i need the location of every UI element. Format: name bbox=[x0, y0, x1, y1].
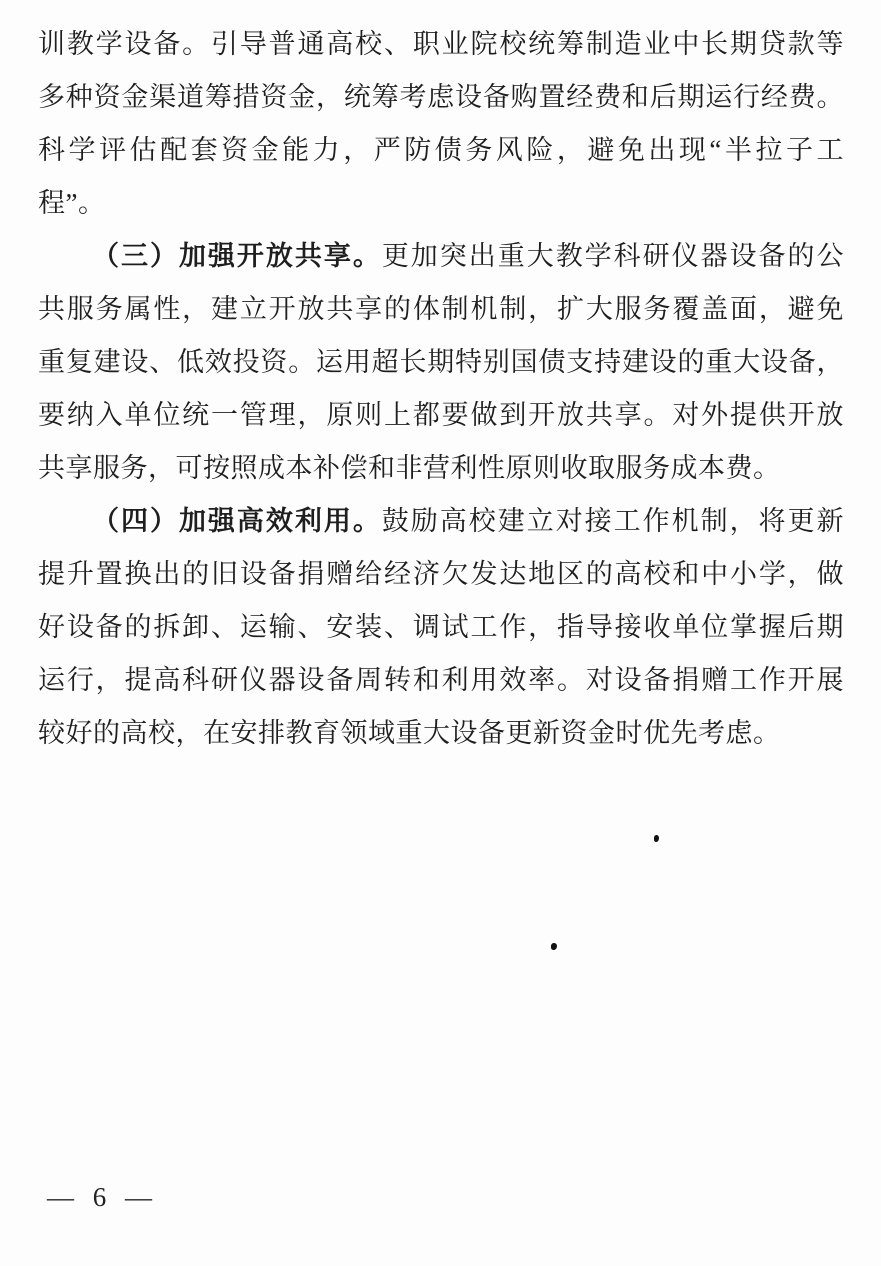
text-line: 科学评估配套资金能力，严防债务风险，避免出现“半拉子工 bbox=[38, 124, 844, 177]
ink-speck bbox=[551, 943, 557, 950]
text-line-content: 多种资金渠道筹措资金，统筹考虑设备购置经费和后期运行经费。 bbox=[38, 82, 844, 112]
text-line: 训教学设备。引导普通高校、职业院校统筹制造业中长期贷款等 bbox=[38, 18, 844, 71]
text-line-content: 训教学设备。引导普通高校、职业院校统筹制造业中长期贷款等 bbox=[38, 29, 844, 59]
text-line: （四）加强高效利用。鼓励高校建立对接工作机制，将更新 bbox=[38, 495, 844, 548]
text-line-content: 运行，提高科研仪器设备周转和利用效率。对设备捐赠工作开展 bbox=[38, 665, 844, 695]
text-line: 要纳入单位统一管理，原则上都要做到开放共享。对外提供开放 bbox=[38, 389, 844, 442]
text-line: 程”。 bbox=[38, 177, 844, 230]
section-heading-four: （四）加强高效利用。 bbox=[92, 506, 382, 536]
text-line: 较好的高校，在安排教育领域重大设备更新资金时优先考虑。 bbox=[38, 707, 844, 760]
text-line: 重复建设、低效投资。运用超长期特别国债支持建设的重大设备， bbox=[38, 336, 844, 389]
text-line: 共享服务，可按照成本补偿和非营利性原则收取服务成本费。 bbox=[38, 442, 844, 495]
text-line: 多种资金渠道筹措资金，统筹考虑设备购置经费和后期运行经费。 bbox=[38, 71, 844, 124]
ink-speck bbox=[654, 835, 659, 842]
text-line-content: 好设备的拆卸、运输、安装、调试工作，指导接收单位掌握后期 bbox=[38, 612, 844, 642]
text-line-content: 提升置换出的旧设备捐赠给经济欠发达地区的高校和中小学，做 bbox=[38, 559, 844, 589]
document-body-text: 训教学设备。引导普通高校、职业院校统筹制造业中长期贷款等 多种资金渠道筹措资金，… bbox=[38, 18, 844, 760]
text-line-content: 重复建设、低效投资。运用超长期特别国债支持建设的重大设备， bbox=[38, 347, 844, 377]
text-line-content: 共享服务，可按照成本补偿和非营利性原则收取服务成本费。 bbox=[38, 453, 781, 483]
text-line: 提升置换出的旧设备捐赠给经济欠发达地区的高校和中小学，做 bbox=[38, 548, 844, 601]
text-line-content: 较好的高校，在安排教育领域重大设备更新资金时优先考虑。 bbox=[38, 718, 781, 748]
text-line-content: 更加突出重大教学科研仪器设备的公 bbox=[382, 241, 844, 271]
text-line-content: 科学评估配套资金能力，严防债务风险，避免出现“半拉子工 bbox=[38, 135, 844, 165]
text-line: 好设备的拆卸、运输、安装、调试工作，指导接收单位掌握后期 bbox=[38, 601, 844, 654]
document-page: 训教学设备。引导普通高校、职业院校统筹制造业中长期贷款等 多种资金渠道筹措资金，… bbox=[0, 0, 881, 1266]
text-line-content: 要纳入单位统一管理，原则上都要做到开放共享。对外提供开放 bbox=[38, 400, 844, 430]
text-line: 共服务属性，建立开放共享的体制机制，扩大服务覆盖面，避免 bbox=[38, 283, 844, 336]
section-heading-three: （三）加强开放共享。 bbox=[92, 241, 382, 271]
text-line: 运行，提高科研仪器设备周转和利用效率。对设备捐赠工作开展 bbox=[38, 654, 844, 707]
text-line: （三）加强开放共享。更加突出重大教学科研仪器设备的公 bbox=[38, 230, 844, 283]
text-line-content: 程”。 bbox=[38, 188, 105, 218]
text-line-content: 共服务属性，建立开放共享的体制机制，扩大服务覆盖面，避免 bbox=[38, 294, 844, 324]
page-number: — 6 — bbox=[47, 1182, 158, 1213]
text-line-content: 鼓励高校建立对接工作机制，将更新 bbox=[382, 506, 844, 536]
